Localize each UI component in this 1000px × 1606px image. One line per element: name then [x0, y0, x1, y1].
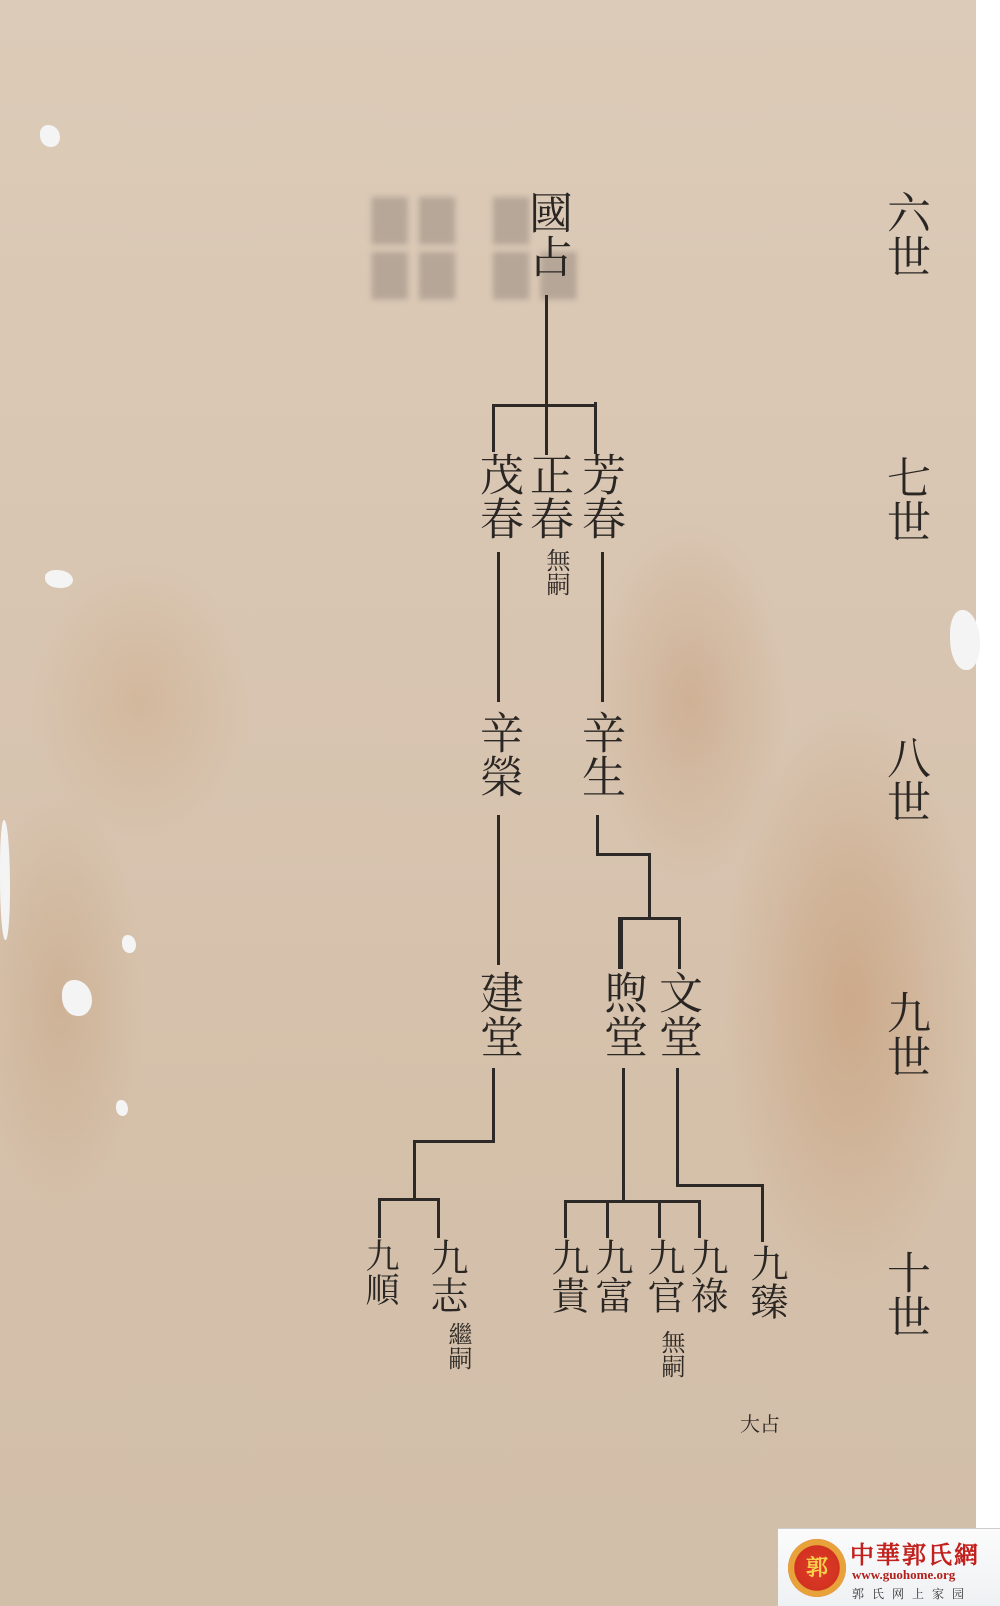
- lineage-bar: [618, 917, 680, 920]
- watermark-title: 中華郭氏網: [850, 1535, 980, 1570]
- person-gen10-jiuzhi: 九志: [420, 1238, 470, 1314]
- generation-label-6: 六世: [880, 190, 930, 278]
- watermark-subtitle: 郭氏网上家园: [852, 1585, 972, 1602]
- lineage-line: [497, 552, 500, 702]
- person-gen8-xinrong: 辛榮: [473, 710, 523, 798]
- generation-label-7: 七世: [880, 455, 930, 543]
- lineage-line: [606, 1200, 609, 1238]
- paper-damage: [0, 820, 10, 940]
- generation-label-10: 十世: [880, 1250, 930, 1338]
- person-gen10-jiulu: 九祿: [680, 1238, 730, 1314]
- site-watermark-logo: 郭 中華郭氏網 www.guohome.org 郭氏网上家园: [778, 1528, 1000, 1606]
- watermark-url: www.guohome.org: [852, 1567, 955, 1583]
- person-gen10-jiufu: 九富: [585, 1238, 635, 1314]
- lineage-bar: [564, 1200, 700, 1203]
- lineage-line: [437, 1198, 440, 1238]
- paper-damage: [950, 610, 980, 670]
- person-gen9-wentang: 文堂: [652, 970, 702, 1058]
- person-gen8-xinsheng: 辛生: [575, 710, 625, 798]
- lineage-line: [594, 402, 597, 454]
- person-gen7-fangchun: 芳春: [575, 452, 625, 540]
- generation-label-9: 九世: [880, 990, 930, 1078]
- generation-label-8: 八世: [880, 735, 930, 823]
- lineage-line: [564, 1200, 567, 1238]
- note-adopted-heir: 繼嗣: [442, 1322, 472, 1370]
- margin-note: 大占: [740, 1408, 780, 1437]
- lineage-line: [761, 1184, 764, 1242]
- note-no-heir: 無嗣: [540, 548, 570, 596]
- paper-damage: [45, 570, 73, 588]
- lineage-line: [648, 853, 651, 919]
- lineage-line: [698, 1200, 701, 1238]
- lineage-bar: [596, 853, 650, 856]
- lineage-line: [492, 404, 495, 452]
- lineage-line: [545, 295, 548, 455]
- lineage-line: [492, 1068, 495, 1142]
- lineage-line: [596, 815, 599, 855]
- lineage-line: [676, 1068, 679, 1186]
- seal-icon: 郭: [788, 1539, 846, 1597]
- lineage-bar: [676, 1184, 764, 1187]
- lineage-line: [658, 1200, 661, 1238]
- lineage-line: [497, 815, 500, 965]
- person-gen7-maochun: 茂春: [473, 452, 523, 540]
- lineage-line: [622, 1068, 625, 1202]
- lineage-line: [378, 1198, 381, 1238]
- lineage-line: [413, 1140, 416, 1200]
- person-gen10-jiuzhen: 九臻: [740, 1244, 790, 1320]
- bleed-through-ink: ▇▇ ▇: [372, 190, 541, 244]
- person-root: 國占: [522, 190, 572, 278]
- lineage-bar: [492, 404, 596, 407]
- lineage-line: [678, 917, 681, 969]
- paper-damage: [122, 935, 136, 953]
- person-gen10-jiugui: 九貴: [541, 1238, 591, 1314]
- genealogy-page: ▇▇ ▇ ▇▇ ▇▇ 六世 七世 八世 九世 十世 國占 茂春 正春 芳春 無嗣…: [0, 0, 976, 1606]
- lineage-bar: [413, 1140, 495, 1143]
- paper-damage: [40, 125, 60, 147]
- paper-damage: [116, 1100, 128, 1116]
- note-no-heir: 無嗣: [655, 1330, 685, 1378]
- person-gen9-xutang: 煦堂: [597, 970, 647, 1058]
- paper-damage: [62, 980, 92, 1016]
- lineage-line: [618, 917, 623, 969]
- person-gen10-jiushun: 九順: [356, 1238, 406, 1306]
- lineage-line: [601, 552, 604, 702]
- person-gen9-jiantang: 建堂: [473, 970, 523, 1058]
- person-gen7-zhengchun: 正春: [523, 452, 573, 540]
- lineage-bar: [378, 1198, 440, 1201]
